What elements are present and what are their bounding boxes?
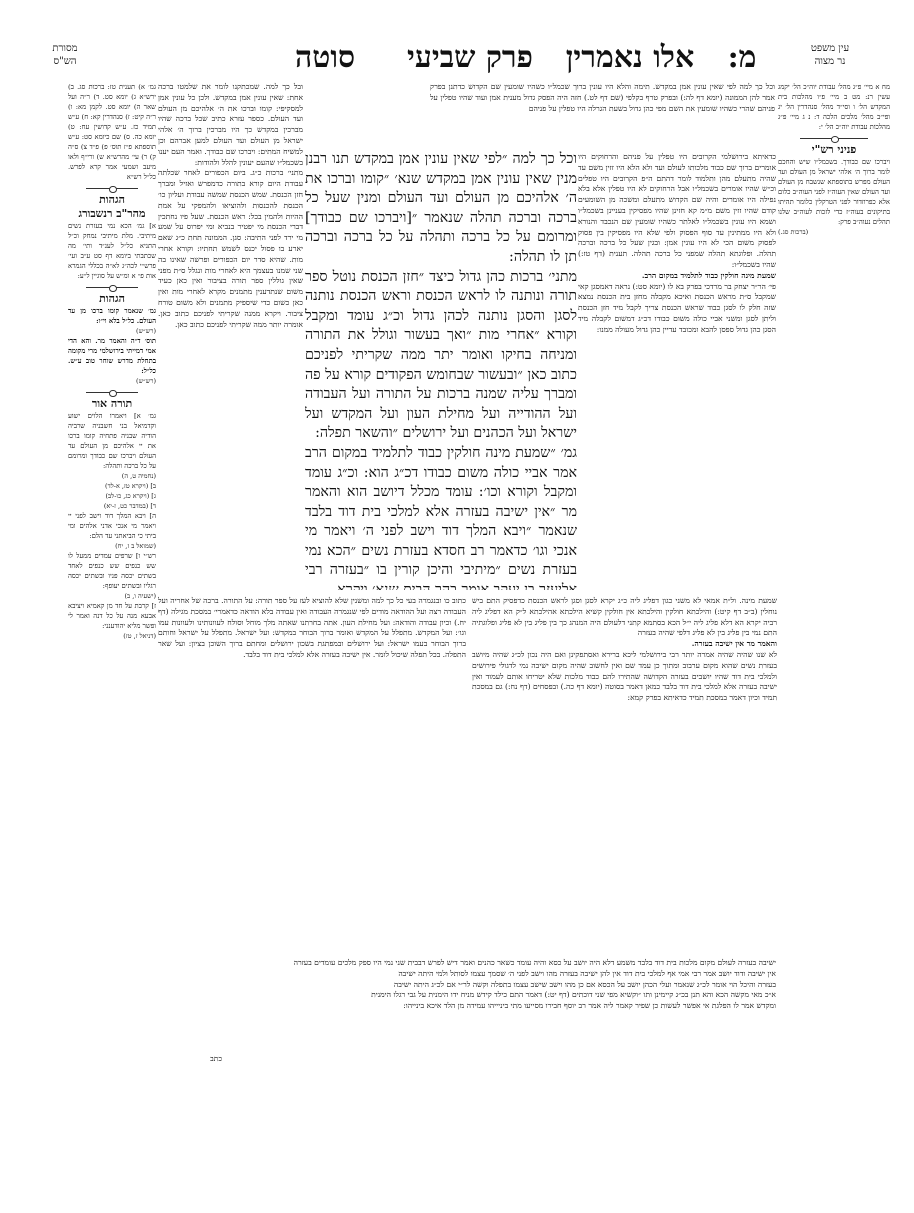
gemara-paragraph: גמ׳ ״שמעת מינה חולקין כבוד לתלמיד במקום … <box>305 444 577 590</box>
maharab-text: א] גמ׳ הכא נמי בעזרת נשים מיתיבי. מלת מי… <box>68 221 156 281</box>
rashi-torah-text: רש״י ו] שרפים עמדים ממעל לו שש כנפים שש … <box>68 551 156 591</box>
torah-or-cite: ד] (במדבר כט, ז-יא) <box>68 501 156 511</box>
maharab-title: מהר"ב רנשבורג <box>68 209 156 219</box>
torah-or-text: גמ׳ א] ויאמרו הלוים ישוע וקדמיאל בני חשב… <box>68 411 156 471</box>
rashi-torah-cite: (ישעיה ו, ב) <box>68 591 156 601</box>
gemara-paragraph: וכל כך למה ״לפי שאין עונין אמן במקדש תנו… <box>305 150 577 268</box>
tosafot-lower-text2: לא שנו שהיה שהיה אמרה יותר רבי בירושלמי … <box>472 650 777 704</box>
rashi-text-3: כתוב כו ובנגמרה בעי כל כך למה ומשנין שלא… <box>158 596 466 661</box>
left-margin: גמ׳ א) תענית טז: ברכות סג. ב) ירש״א ג) י… <box>68 82 156 1022</box>
tosafot-column-text2: פי׳ הר״ר יצחק בר מרדכי בפרק בא לו (יומא … <box>578 282 776 336</box>
ornament-divider <box>86 287 139 288</box>
tractate-name: סוטה <box>270 40 380 75</box>
main-gemara-text: וכל כך למה ״לפי שאין עונין אמן במקדש תנו… <box>305 150 577 590</box>
page-number: מ: <box>712 40 772 75</box>
tosafot-column: כדאיתא בירושלמי הקרובים היו טפלין על פני… <box>578 152 776 582</box>
tosafot-bottom-line: א״כ מאי מקשה הכא והא תנן בכ״ג קיימינן ות… <box>158 990 776 1001</box>
hagahot3-cite: (רש״ש) <box>68 376 156 386</box>
ornament-divider <box>86 188 139 189</box>
tosafot-bottom-line: ישיבה בעזרה לעולם מקום מלכות בית דוד בלב… <box>158 958 776 969</box>
tosafot-top-text: וכל כך למה לפי שאין עונין אמן במקדש. תימ… <box>430 82 775 114</box>
tosafot-lower-heading: והאמר מר אין ישיבה בעזרה. <box>472 639 777 650</box>
torah-or-text3: ז] קרבת על חד מן קאמיא ויציבא אבעא מנה ע… <box>68 601 156 631</box>
mesoret-hashas-heading: מסורת הש"ס <box>30 42 100 68</box>
rashi-text-1: ובל כך למה. שמכתקנו לומר את שלמטו ברכה א… <box>158 82 303 168</box>
ein-mishpat-heading: עין משפט נר מצוה <box>790 42 870 68</box>
pninei-rashi-title: פניני רש"י <box>778 145 890 155</box>
tosafot-bottom-line: בעזרה והיכל הוי אומר לכ״ג שנאמר ועלי הכה… <box>158 980 776 991</box>
ein-mishpat-line1: עין משפט <box>790 42 870 55</box>
tosafot-bottom-line: ומקדש אמר לו הפלגת אי אפשר לעשות כן שפיר… <box>158 1001 776 1012</box>
mesoret-hashas-text: גמ׳ א) תענית טז: ברכות סג. ב) ירש״א ג) י… <box>68 82 156 182</box>
hagahot2-cite: (רש״ש) <box>68 326 156 336</box>
mishnah-paragraph: מתני׳ ברכות כהן גדול כיצד ״חזן הכנסת נוט… <box>305 268 577 444</box>
tosafot-lower: שמעת מינה. ול״ת אמאי לא משני כגון דפליג … <box>472 596 777 956</box>
chapter-number: פרק שביעי <box>390 40 550 75</box>
torah-or-cite: ב] (ויקרא טז, א-לד) <box>68 481 156 491</box>
tosafot-top: וכל כך למה לפי שאין עונין אמן במקדש. תימ… <box>430 82 775 154</box>
catchword: כתב <box>182 1054 222 1063</box>
rashi-text-2: מתני׳ ברכות כ״ג. ביום הכפורים לאחר שכלתה… <box>158 168 303 330</box>
tosafot-lower-text1: שמעת מינה. ול״ת אמאי לא משני כגון דפליג … <box>472 596 777 639</box>
rashi-lower: כתוב כו ובנגמרה בעי כל כך למה ומשנין שלא… <box>158 596 466 956</box>
rashi-column: ובל כך למה. שמכתקנו לומר את שלמטו ברכה א… <box>158 82 303 592</box>
torah-or-cite2: (שמואל ב ז, יח) <box>68 541 156 551</box>
ein-mishpat-text: מח א מיי׳ פ״ג מהל׳ עבודת יוה״כ הל׳ יקמג … <box>778 82 890 132</box>
torah-or-text2: ה] ויבא המלך דוד וישב לפני יי ויאמר מי א… <box>68 511 156 541</box>
torah-or-title: תורה אור <box>68 399 156 409</box>
pninei-rashi-citation: (ברכות סג.) <box>778 227 890 237</box>
ornament-divider <box>800 138 867 139</box>
ornament-divider <box>86 392 139 393</box>
hagahot2-title: הגהות <box>68 294 156 304</box>
mesoret-line1: מסורת <box>30 42 100 55</box>
mesoret-line2: הש"ס <box>30 55 100 68</box>
ein-mishpat-line2: נר מצוה <box>790 55 870 68</box>
pninei-rashi-text: ויברכו שם כבודך. בשכמל״ו שיש והחכם לומר … <box>778 157 890 227</box>
hagahot2-text: גמ׳ שנאמר קומו ברכו מן עד העולם. כל״ל בל… <box>68 306 156 326</box>
tosafot-bottom-line: אין ישיבה ודוד יושב אמר רבי אמי אף למלכי… <box>158 969 776 980</box>
tosafot-bottom: ישיבה בעזרה לעולם מקום מלכות בית דוד בלב… <box>158 958 776 1046</box>
right-margin: מח א מיי׳ פ״ג מהל׳ עבודת יוה״כ הל׳ יקמג … <box>778 82 890 342</box>
torah-or-cite3: (דניאל ז, טז) <box>68 631 156 641</box>
tosafot-column-text: כדאיתא בירושלמי הקרובים היו טפלין על פני… <box>578 152 776 271</box>
tosafot-heading: שמעת מינה חולקין כבוד לתלמיד במקום הרב. <box>578 271 776 282</box>
hagahot-title: הגהות <box>68 195 156 205</box>
torah-or-cite: (נחמיה ט, ה) <box>68 471 156 481</box>
hagahot3-text: תוס׳ ד״ה והאמר מר. והא הדי אמי דמייתי בי… <box>68 336 156 376</box>
chapter-name: אלו נאמרין <box>545 40 715 75</box>
torah-or-cite: ג] (ויקרא כג, כו-לב) <box>68 491 156 501</box>
